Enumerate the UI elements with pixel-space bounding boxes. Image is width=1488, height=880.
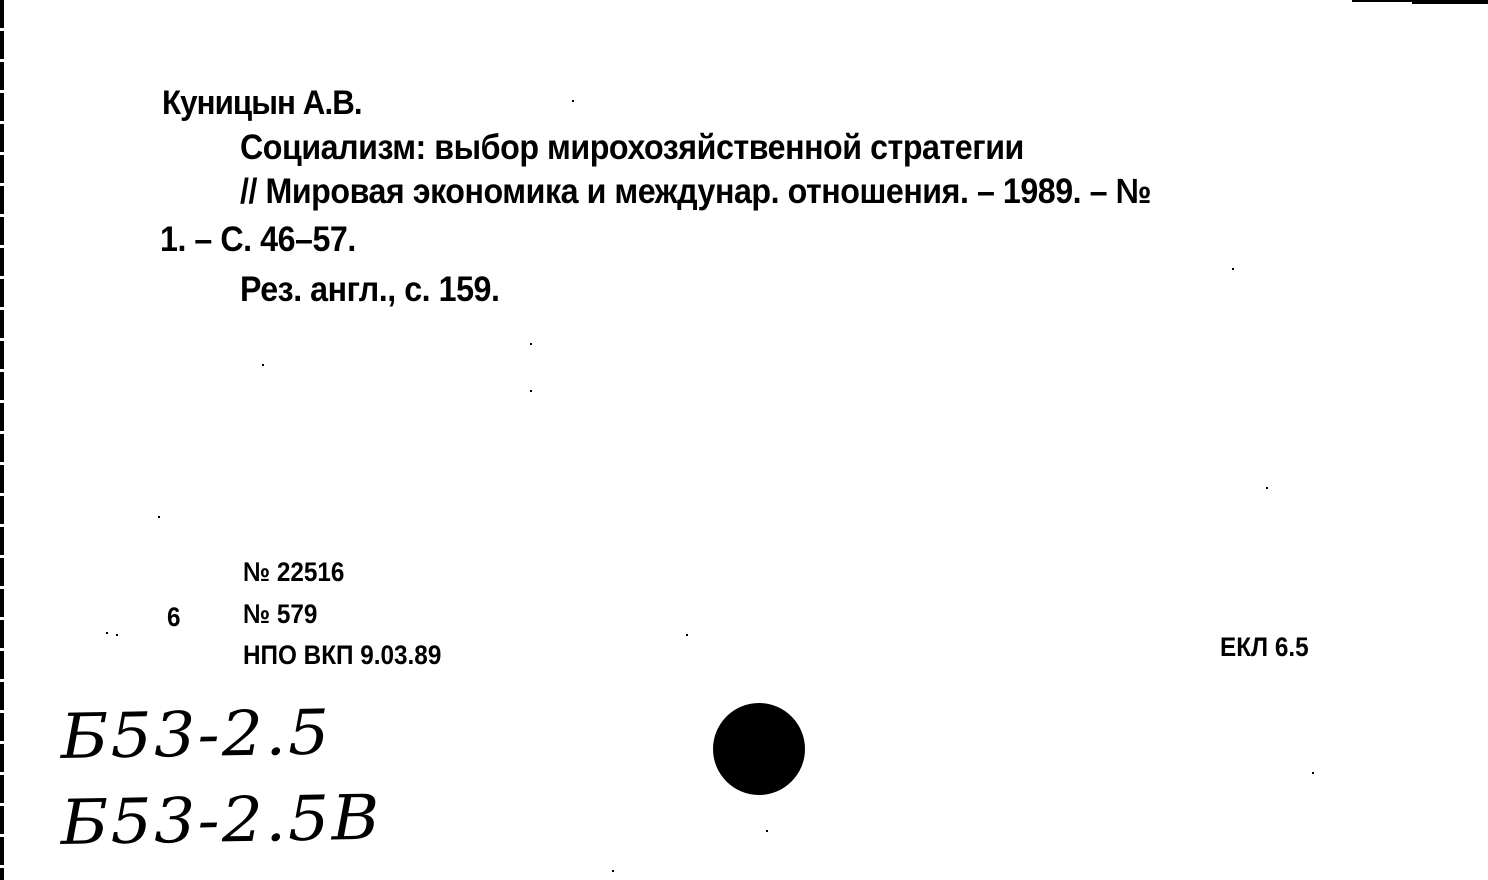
scan-speck [116, 634, 118, 636]
handwritten-shelfmark-1: Б53-2.5 [60, 701, 332, 767]
handwritten-shelfmark-2: Б53-2.5В [60, 787, 382, 854]
registration-number: № 22516 [243, 559, 344, 586]
scan-border-top-thin [1352, 0, 1412, 2]
catalog-card: Куницын А.В. Социализм: выбор мирохозяйс… [0, 0, 1488, 880]
scan-speck [1266, 487, 1268, 489]
scan-speck [1232, 268, 1234, 270]
scan-speck [572, 100, 574, 102]
scan-speck [530, 343, 532, 345]
secondary-number: № 579 [243, 601, 317, 628]
scan-border-left [0, 0, 4, 880]
scan-speck [1312, 772, 1314, 774]
scan-speck [686, 634, 688, 636]
publisher-date: НПО ВКП 9.03.89 [243, 642, 441, 669]
summary-note: Рез. англ., с. 159. [240, 272, 499, 307]
scan-speck [158, 516, 160, 518]
copies-count: 6 [167, 604, 181, 631]
scan-border-top [1412, 0, 1488, 4]
article-title: Социализм: выбор мирохозяйственной страт… [240, 130, 1024, 165]
ekl-code: ЕКЛ 6.5 [1220, 634, 1309, 661]
punch-hole [713, 703, 805, 795]
source-line: // Мировая экономика и междунар. отношен… [240, 174, 1151, 209]
scan-speck [106, 632, 108, 634]
scan-speck [766, 830, 768, 832]
pages-line: 1. – С. 46–57. [160, 222, 356, 257]
scan-speck [530, 390, 532, 392]
author: Куницын А.В. [162, 86, 362, 120]
scan-speck [612, 870, 614, 872]
scan-speck [262, 364, 264, 366]
